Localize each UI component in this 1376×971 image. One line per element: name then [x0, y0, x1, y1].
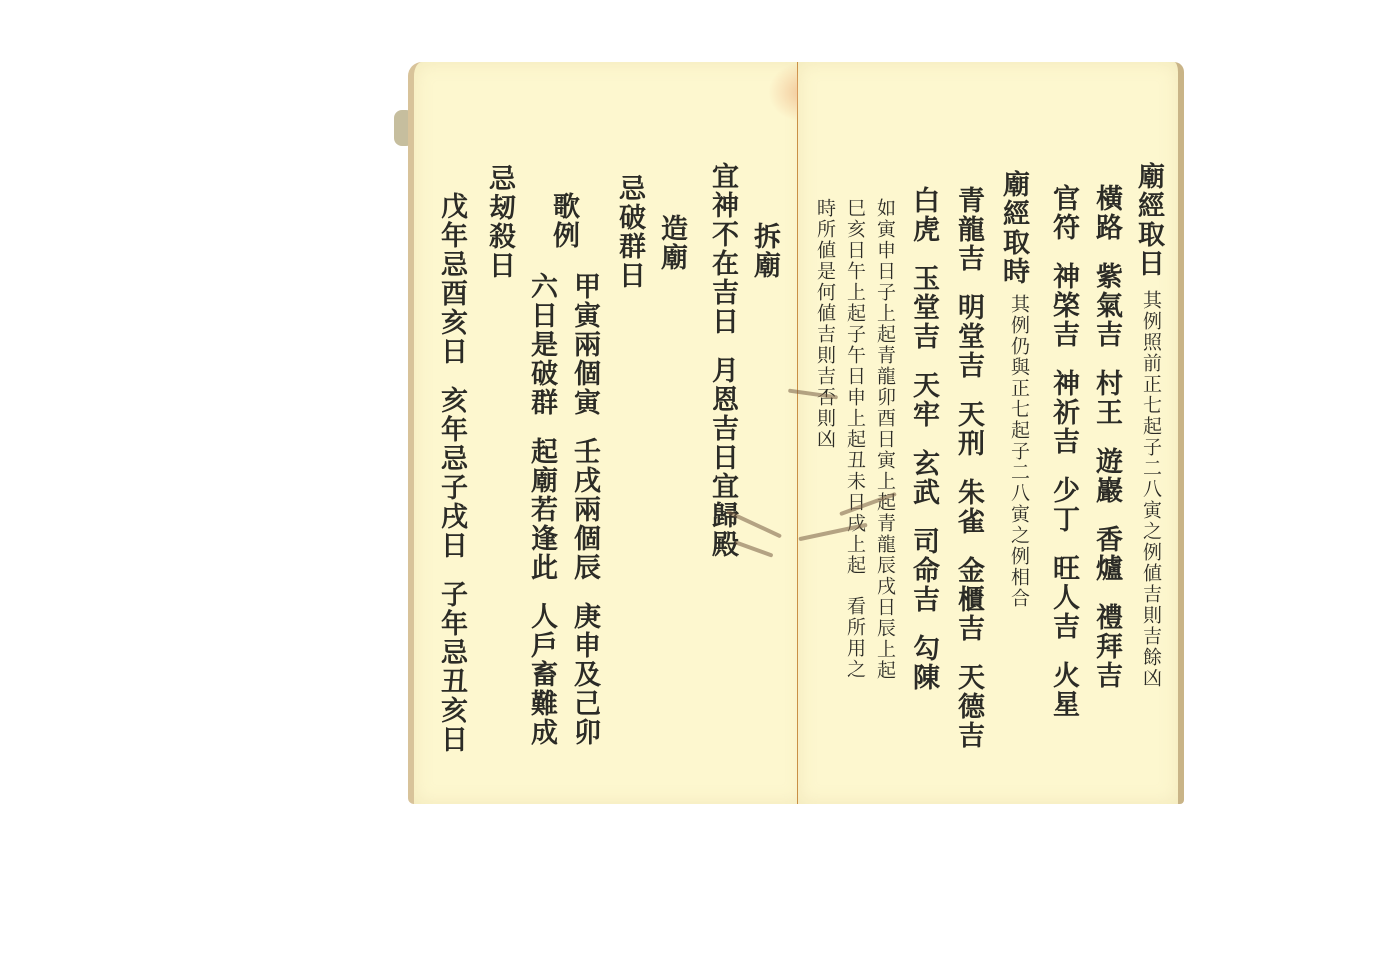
note-column: 其例照前正七起子二八寅之例値吉則吉餘凶 [1140, 290, 1162, 689]
text-segment: 戊年忌酉亥日 [436, 192, 467, 366]
text-column: 青龍吉明堂吉天刑朱雀金櫃吉天德吉 [953, 186, 983, 750]
text-segment: 神棨吉 [1048, 262, 1079, 349]
text-segment: 壬戌兩個辰 [569, 437, 600, 582]
text-segment: 金櫃吉 [953, 556, 984, 643]
text-segment: 紫氣吉 [1091, 262, 1122, 349]
text-segment: 少丁 [1048, 476, 1079, 534]
text-segment: 亥年忌子戌日 [436, 386, 467, 560]
right-page: 廟經取日 其例照前正七起子二八寅之例値吉則吉餘凶 橫路紫氣吉村王遊巖香爐禮拜吉 … [798, 62, 1184, 804]
text-column: 六日是破群起廟若逢此人戶畜難成 [526, 272, 556, 747]
text-segment: 天德吉 [953, 663, 984, 750]
text-column: 橫路紫氣吉村王遊巖香爐禮拜吉 [1091, 184, 1121, 690]
heading-zao-miao: 造廟 [656, 214, 686, 272]
text-segment: 天刑 [953, 400, 984, 458]
note-column: 其例仍與正七起子二八寅之例相合 [1008, 294, 1030, 609]
heading-miao-jing-qu-shi: 廟經取時 [998, 170, 1028, 286]
text-segment: 旺人吉 [1048, 554, 1079, 641]
text-segment: 看所用之 [844, 596, 866, 680]
text-segment: 遊巖 [1091, 447, 1122, 505]
text-segment: 玉堂吉 [908, 264, 939, 351]
left-page: 拆廟 宜神不在吉日月恩吉日宜歸殿 造廟 忌破群日 歌例 甲寅兩個寅壬戌兩個辰庚申… [408, 62, 804, 804]
text-segment: 六日是破群 [526, 272, 557, 417]
text-column: 戊年忌酉亥日亥年忌子戌日子年忌丑亥日 [436, 192, 466, 754]
text-segment: 橫路 [1091, 184, 1122, 242]
text-segment: 白虎 [908, 186, 939, 244]
text-segment: 人戶畜難成 [526, 602, 557, 747]
text-segment: 天牢 [908, 371, 939, 429]
note-column: 如寅申日子上起青龍卯酉日寅上起青龍辰戌日辰上起 [874, 198, 896, 681]
heading-chai-miao: 拆廟 [749, 222, 779, 280]
text-segment: 玄武 [908, 449, 939, 507]
text-segment: 朱雀 [953, 478, 984, 536]
text-segment: 甲寅兩個寅 [569, 272, 600, 417]
note-column: 巳亥日午上起子午日申上起丑未日戌上起看所用之 [844, 198, 866, 680]
note-column: 時所値是何値吉則吉否則凶 [814, 198, 836, 450]
text-segment: 司命吉 [908, 527, 939, 614]
text-column: 甲寅兩個寅壬戌兩個辰庚申及己卯 [569, 272, 599, 747]
heading-ge-li: 歌例 [548, 192, 578, 250]
text-segment: 宜神不在吉日 [707, 162, 738, 336]
text-segment: 起廟若逢此 [526, 437, 557, 582]
book-spread: 拆廟 宜神不在吉日月恩吉日宜歸殿 造廟 忌破群日 歌例 甲寅兩個寅壬戌兩個辰庚申… [408, 62, 1186, 806]
ink-stain [735, 540, 774, 557]
heading-ji-po-qun-ri: 忌破群日 [614, 174, 644, 290]
text-segment: 子年忌丑亥日 [436, 580, 467, 754]
heading-ji-jie-sha-ri: 忌刼殺日 [484, 164, 514, 280]
text-segment: 明堂吉 [953, 293, 984, 380]
text-segment: 青龍吉 [953, 186, 984, 273]
text-column: 宜神不在吉日月恩吉日宜歸殿 [707, 162, 737, 559]
text-segment: 巳亥日午上起子午日申上起丑未日戌上起 [844, 198, 866, 576]
text-column: 白虎玉堂吉天牢玄武司命吉勾陳 [908, 186, 938, 692]
text-segment: 勾陳 [908, 634, 939, 692]
heading-miao-jing-qu-ri: 廟經取日 [1133, 162, 1163, 278]
text-segment: 神祈吉 [1048, 369, 1079, 456]
text-segment: 村王 [1091, 369, 1122, 427]
text-segment: 月恩吉日宜歸殿 [707, 356, 738, 559]
text-column: 官符神棨吉神祈吉少丁旺人吉火星 [1048, 184, 1078, 719]
text-segment: 禮拜吉 [1091, 603, 1122, 690]
text-segment: 庚申及己卯 [569, 602, 600, 747]
text-segment: 官符 [1048, 184, 1079, 242]
text-segment: 香爐 [1091, 525, 1122, 583]
text-segment: 火星 [1048, 661, 1079, 719]
